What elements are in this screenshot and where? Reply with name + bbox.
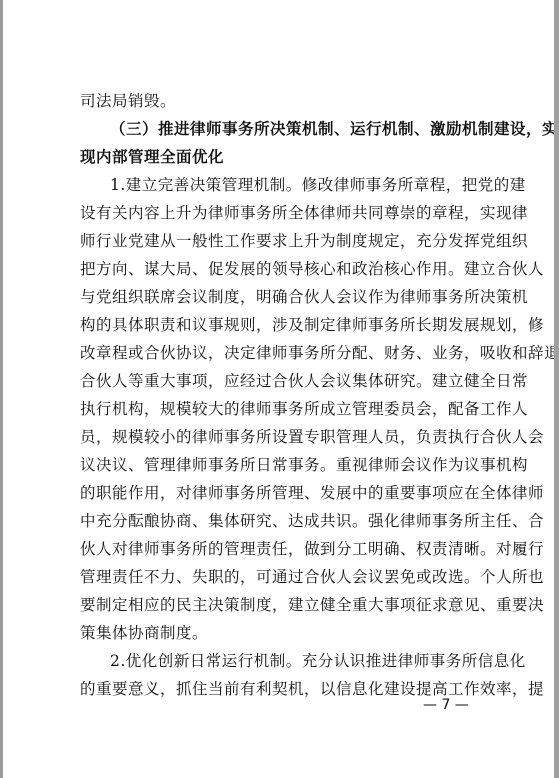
paragraph-2-start: 2.优化创新日常运行机制。充分认识推进律师事务所信息化 (110, 651, 488, 671)
text-line: 设有关内容上升为律师事务所全体律师共同尊崇的章程，实现律 (80, 203, 488, 223)
text-line: 要制定相应的民主决策制度，建立健全重大事项征求意见、重要决 (80, 595, 488, 615)
text-line: 管理责任不力、失职的，可通过合伙人会议罢免或改选。个人所也 (80, 567, 488, 587)
text-line: 合伙人等重大事项，应经过合伙人会议集体研究。建立健全日常 (80, 371, 488, 391)
page-number: — 7 — (423, 696, 469, 714)
viewer-right-border (554, 0, 559, 778)
text-line: 伙人对律师事务所的管理责任，做到分工明确、权责清晰。对履行 (80, 539, 488, 559)
text-line: 把方向、谋大局、促发展的领导核心和政治核心作用。建立合伙人 (80, 259, 488, 279)
section-heading-continued: 现内部管理全面优化 (80, 147, 488, 167)
text-line: 师行业党建从一般性工作要求上升为制度规定，充分发挥党组织 (80, 231, 488, 251)
text-line: 司法局销毁。 (80, 91, 488, 111)
text-line: 的职能作用，对律师事务所管理、发展中的重要事项应在全体律师 (80, 483, 488, 503)
text-line: 员，规模较小的律师事务所设置专职管理人员，负责执行合伙人会 (80, 427, 488, 447)
text-line: 策集体协商制度。 (80, 623, 488, 643)
text-line: 改章程或合伙协议，决定律师事务所分配、财务、业务，吸收和辞退 (80, 343, 488, 363)
text-line: 与党组织联席会议制度，明确合伙人会议作为律师事务所决策机 (80, 287, 488, 307)
document-page: 司法局销毁。 （三）推进律师事务所决策机制、运行机制、激励机制建设，实 现内部管… (3, 0, 554, 778)
text-line: 中充分酝酿协商、集体研究、达成共识。强化律师事务所主任、合 (80, 511, 488, 531)
text-line: 议决议、管理律师事务所日常事务。重视律师会议作为议事机构 (80, 455, 488, 475)
section-heading: （三）推进律师事务所决策机制、运行机制、激励机制建设，实 (110, 119, 488, 139)
paragraph-1-start: 1.建立完善决策管理机制。修改律师事务所章程，把党的建 (110, 175, 488, 195)
text-line: 构的具体职责和议事规则，涉及制定律师事务所长期发展规划，修 (80, 315, 488, 335)
text-line: 执行机构，规模较大的律师事务所成立管理委员会，配备工作人 (80, 399, 488, 419)
